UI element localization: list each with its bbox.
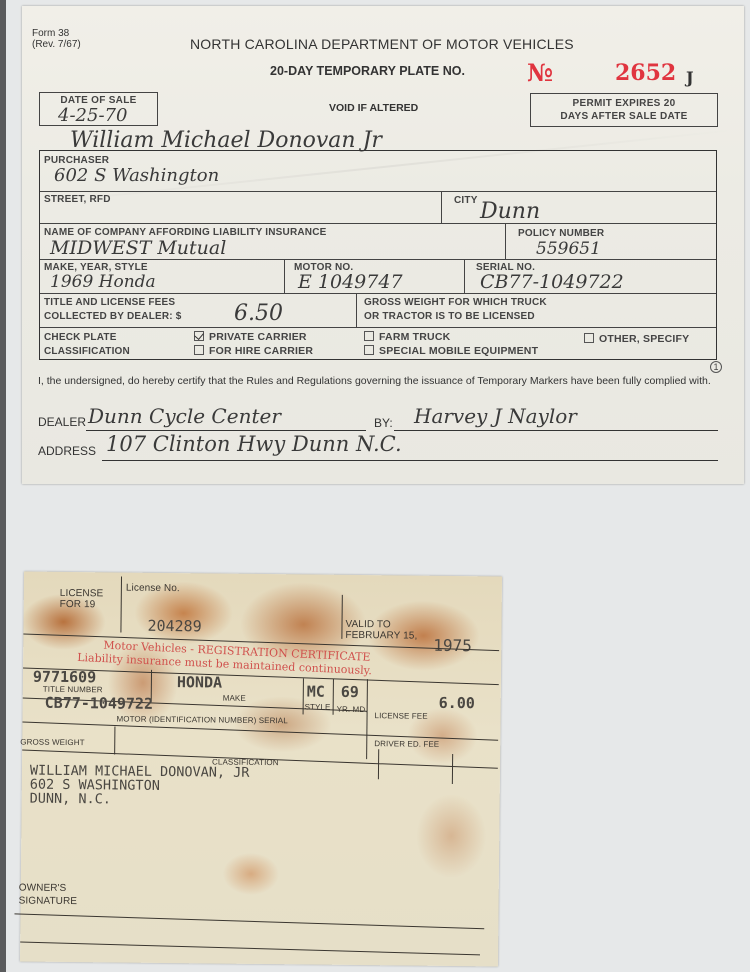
option-label: SPECIAL MOBILE EQUIPMENT	[379, 345, 538, 357]
serial-value: CB77-1049722	[480, 271, 624, 293]
license-fee-label: LICENSE FEE	[375, 711, 428, 721]
void-notice: VOID IF ALTERED	[329, 102, 418, 114]
certification-text: I, the undersigned, do hereby certify th…	[38, 375, 728, 387]
date-of-sale-value: 4-25-70	[58, 105, 127, 126]
option-label: FOR HIRE CARRIER	[209, 345, 313, 357]
department-heading: NORTH CAROLINA DEPARTMENT OF MOTOR VEHIC…	[190, 36, 574, 52]
style-label: STYLE	[305, 702, 331, 711]
driver-ed-label: DRIVER ED. FEE	[374, 739, 439, 749]
option-label: OTHER, SPECIFY	[599, 333, 689, 345]
by-signature: Harvey J Naylor	[414, 404, 577, 428]
divider	[114, 726, 115, 754]
license-for-label: LICENSE FOR 19	[60, 588, 104, 610]
classification-row: CHECK PLATE CLASSIFICATION PRIVATE CARRI…	[40, 327, 716, 357]
owner-city: DUNN, N.C.	[30, 792, 250, 808]
checkbox[interactable]	[364, 345, 374, 355]
owner-signature-label: OWNER'S SIGNATURE	[19, 881, 78, 908]
divider	[356, 293, 357, 327]
divider	[20, 941, 480, 955]
gross-weight-label-2: OR TRACTOR IS TO BE LICENSED	[364, 311, 535, 322]
expiry-line-1: PERMIT EXPIRES 20	[531, 97, 717, 110]
expiry-notice-box: PERMIT EXPIRES 20 DAYS AFTER SALE DATE	[530, 93, 718, 127]
insurance-row: NAME OF COMPANY AFFORDING LIABILITY INSU…	[40, 223, 716, 260]
divider	[284, 259, 285, 293]
owner-signature-line[interactable]	[14, 913, 484, 929]
checkbox[interactable]	[364, 331, 374, 341]
divider	[366, 679, 368, 759]
number-sign: №	[527, 58, 553, 87]
by-line	[394, 430, 718, 431]
valid-to-label-1: VALID TO	[345, 619, 417, 631]
form-number-text: Form 38	[32, 28, 81, 39]
city-label: CITY	[454, 195, 478, 206]
option-for-hire-carrier[interactable]: FOR HIRE CARRIER	[194, 345, 313, 357]
street-value: 602 S Washington	[54, 165, 219, 186]
city-value: Dunn	[480, 199, 540, 224]
license-for-label-1: LICENSE	[60, 588, 104, 599]
signature-label-1: OWNER'S	[19, 881, 78, 895]
insurance-value: MIDWEST Mutual	[50, 237, 226, 259]
permit-form-grid: PURCHASER 602 S Washington STREET, RFD C…	[39, 150, 717, 360]
footnote-mark: 1	[710, 361, 722, 373]
checkbox[interactable]	[194, 345, 204, 355]
make-label: MAKE	[223, 694, 246, 703]
option-farm-truck[interactable]: FARM TRUCK	[364, 331, 450, 343]
vehicle-year: 69	[341, 683, 359, 701]
title-number: 9771609	[33, 668, 96, 687]
street-city-row: STREET, RFD CITY Dunn	[40, 191, 716, 224]
dealer-line	[86, 430, 366, 431]
owner-address-block: WILLIAM MICHAEL DONOVAN, JR 602 S WASHIN…	[30, 764, 250, 808]
scan-edge	[0, 0, 6, 972]
gross-weight-label: GROSS WEIGHT FOR WHICH TRUCK	[364, 297, 547, 308]
address-line	[102, 460, 718, 461]
valid-to-label-2: FEBRUARY 15,	[345, 630, 417, 642]
option-other-specify[interactable]: OTHER, SPECIFY	[584, 333, 689, 345]
address-value: 107 Clinton Hwy Dunn N.C.	[106, 432, 402, 456]
fees-label: TITLE AND LICENSE FEES	[44, 297, 175, 308]
divider	[441, 191, 442, 223]
motor-value: E 1049747	[298, 271, 403, 293]
divider	[464, 259, 465, 293]
option-private-carrier[interactable]: PRIVATE CARRIER	[194, 331, 307, 343]
divider	[452, 754, 453, 784]
fees-row: TITLE AND LICENSE FEES COLLECTED BY DEAL…	[40, 293, 716, 328]
checkbox-checked[interactable]	[194, 331, 204, 341]
purchaser-row: PURCHASER 602 S Washington	[40, 151, 716, 192]
expiry-line-2: DAYS AFTER SALE DATE	[531, 110, 717, 123]
divider	[505, 223, 506, 259]
license-fee: 6.00	[439, 694, 475, 712]
policy-label: POLICY NUMBER	[518, 228, 604, 239]
vehicle-row: MAKE, YEAR, STYLE 1969 Honda MOTOR NO. E…	[40, 259, 716, 294]
make-value: 1969 Honda	[50, 272, 156, 292]
divider	[341, 595, 342, 639]
registration-certificate: LICENSE FOR 19 License No. 204289 VALID …	[20, 572, 502, 967]
plate-suffix: J	[686, 68, 694, 87]
dealer-label: DEALER	[38, 415, 86, 429]
valid-to-label: VALID TO FEBRUARY 15,	[345, 619, 417, 642]
gross-weight-label: GROSS WEIGHT	[20, 737, 84, 747]
street-label: STREET, RFD	[44, 194, 111, 205]
fees-value: 6.50	[234, 301, 283, 326]
vehicle-make: HONDA	[177, 673, 222, 691]
divider	[120, 577, 122, 633]
classification-label-2: CLASSIFICATION	[44, 346, 130, 357]
policy-value: 559651	[536, 239, 601, 259]
vehicle-style: MC	[307, 682, 325, 700]
form-revision: (Rev. 7/67)	[32, 39, 81, 50]
signature-label-2: SIGNATURE	[19, 894, 78, 908]
license-number: 204289	[147, 617, 201, 636]
by-label: BY:	[374, 416, 393, 430]
dealer-signature: Dunn Cycle Center	[88, 404, 281, 428]
option-special-mobile-equipment[interactable]: SPECIAL MOBILE EQUIPMENT	[364, 345, 538, 357]
classification-label: CHECK PLATE	[44, 332, 117, 343]
temporary-plate-permit: Form 38 (Rev. 7/67) NORTH CAROLINA DEPAR…	[22, 6, 744, 484]
plate-number: 2652	[615, 60, 676, 86]
license-no-label: License No.	[126, 583, 180, 595]
serial-label: MOTOR (IDENTIFICATION NUMBER) SERIAL	[116, 714, 287, 725]
date-of-sale-box: DATE OF SALE 4-25-70	[39, 92, 158, 126]
valid-to-year: 1975	[433, 636, 472, 655]
option-label: FARM TRUCK	[379, 331, 450, 343]
form-number: Form 38 (Rev. 7/67)	[32, 28, 81, 50]
plate-title: 20-DAY TEMPORARY PLATE NO.	[270, 64, 465, 78]
option-label: PRIVATE CARRIER	[209, 331, 307, 343]
address-label: ADDRESS	[38, 444, 96, 458]
license-for-label-2: FOR 19	[60, 599, 104, 610]
vehicle-serial: CB77-1049722	[45, 694, 154, 713]
checkbox[interactable]	[584, 333, 594, 343]
fees-label-2: COLLECTED BY DEALER: $	[44, 311, 182, 322]
